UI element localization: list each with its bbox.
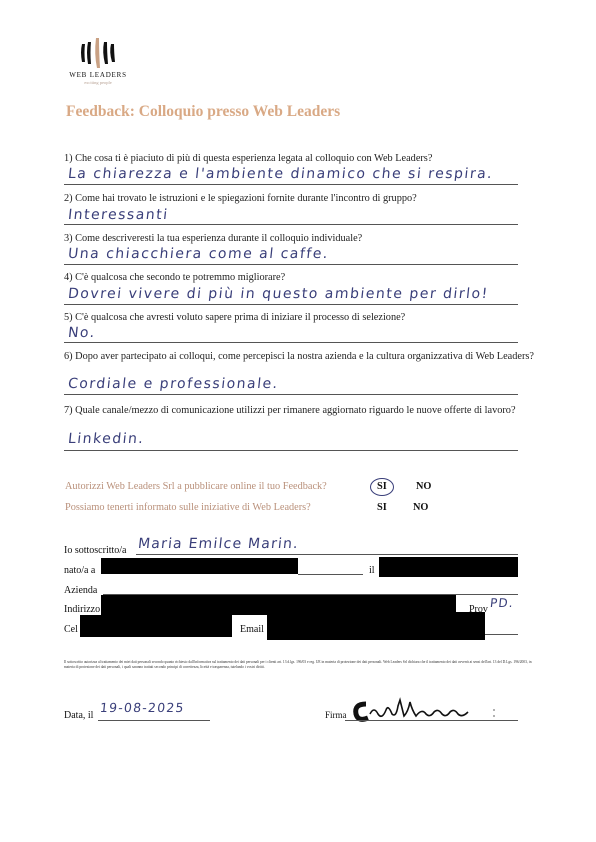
- cell-label: Cel: [64, 624, 78, 635]
- answer-line: [64, 450, 518, 451]
- web-leaders-logo-icon: [78, 38, 118, 68]
- email-label: Email: [240, 624, 264, 635]
- field-line: [298, 574, 363, 575]
- address-label: Indirizzo: [64, 604, 100, 615]
- field-line: [485, 634, 518, 635]
- question-2: 2) Come hai trovato le istruzioni e le s…: [64, 193, 417, 204]
- answer-line: [64, 184, 518, 185]
- answer-7[interactable]: Linkedin.: [67, 431, 145, 447]
- privacy-notice: Il sottoscritto autorizza al trattamento…: [64, 660, 534, 670]
- signature-icon[interactable]: [352, 696, 502, 726]
- redacted-email: [267, 612, 485, 640]
- answer-6[interactable]: Cordiale e professionale.: [67, 376, 279, 392]
- date-label: Data, il: [64, 710, 93, 721]
- question-3: 3) Come descriveresti la tua esperienza …: [64, 233, 362, 244]
- signature-label: Firma: [325, 710, 347, 720]
- consent-publish-no[interactable]: NO: [416, 481, 431, 492]
- logo: WEB LEADERS exciting people: [66, 38, 130, 85]
- consent-updates-yes[interactable]: SI: [377, 502, 387, 513]
- signature-field-line: [345, 720, 518, 721]
- undersigned-label: Io sottoscritto/a: [64, 545, 127, 556]
- answer-line: [64, 224, 518, 225]
- prov-value[interactable]: PD.: [489, 596, 514, 610]
- date-value[interactable]: 19-08-2025: [99, 700, 185, 715]
- question-6: 6) Dopo aver partecipato ai colloqui, co…: [64, 351, 534, 364]
- question-1: 1) Che cosa ti è piaciuto di più di ques…: [64, 153, 432, 164]
- answer-line: [64, 394, 518, 395]
- born-on-label: il: [369, 565, 375, 576]
- consent-publish-yes[interactable]: SI: [377, 481, 387, 492]
- consent-updates-no[interactable]: NO: [413, 502, 428, 513]
- born-label: nato/a a: [64, 565, 95, 576]
- redacted-birthdate: [379, 557, 518, 577]
- answer-5[interactable]: No.: [67, 325, 96, 341]
- field-line: [136, 554, 518, 555]
- undersigned-value[interactable]: Maria Emilce Marin.: [137, 536, 299, 552]
- question-4: 4) C'è qualcosa che secondo te potremmo …: [64, 272, 285, 283]
- redacted-cell: [80, 615, 232, 637]
- page-title: Feedback: Colloquio presso Web Leaders: [66, 103, 340, 121]
- brand-name: WEB LEADERS: [66, 71, 130, 79]
- answer-1[interactable]: La chiarezza e l'ambiente dinamico che s…: [67, 166, 494, 182]
- answer-line: [64, 342, 518, 343]
- company-label: Azienda: [64, 585, 97, 596]
- answer-line: [64, 304, 518, 305]
- consent-publish-label: Autorizzi Web Leaders Srl a pubblicare o…: [65, 481, 327, 492]
- redacted-birthplace: [101, 558, 298, 574]
- answer-2[interactable]: Interessanti: [67, 207, 169, 223]
- date-field-line: [98, 720, 210, 721]
- answer-3[interactable]: Una chiacchiera come al caffe.: [67, 246, 330, 262]
- answer-line: [64, 264, 518, 265]
- brand-tagline: exciting people: [66, 80, 130, 85]
- consent-updates-label: Possiamo tenerti informato sulle iniziat…: [65, 502, 311, 513]
- question-5: 5) C'è qualcosa che avresti voluto saper…: [64, 312, 405, 323]
- question-7: 7) Quale canale/mezzo di comunicazione u…: [64, 405, 534, 418]
- answer-4[interactable]: Dovrei vivere di più in questo ambiente …: [67, 286, 489, 302]
